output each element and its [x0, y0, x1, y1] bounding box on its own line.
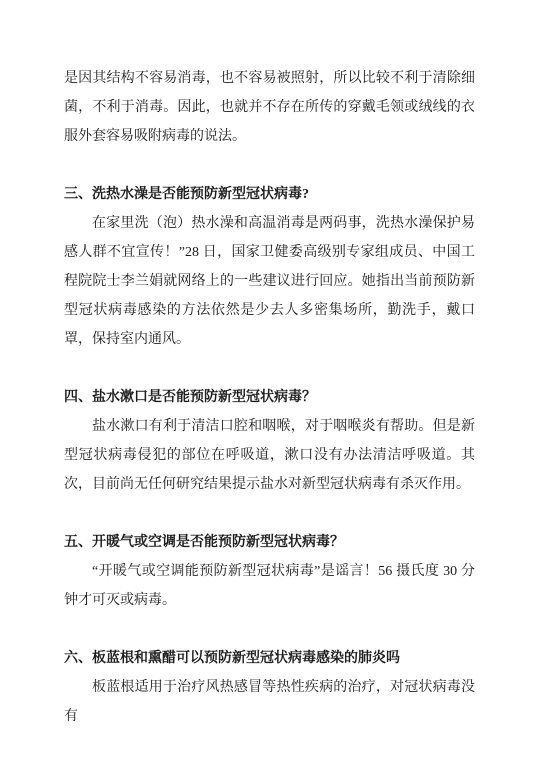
document-page: 是因其结构不容易消毒，也不容易被照射，所以比较不利于清除细菌，不利于消毒。因此，…: [0, 0, 543, 768]
paragraph-section-6-banlangen-vinegar: 板蓝根适用于治疗风热感冒等热性疾病的治疗，对冠状病毒没有: [64, 673, 475, 731]
heading-section-4-saltwater-gargle: 四、盐水漱口是否能预防新型冠状病毒？: [64, 383, 475, 412]
paragraph-section-4-saltwater-gargle: 盐水漱口有利于清洁口腔和咽喉，对于咽喉炎有帮助。但是新型冠状病毒侵犯的部位在呼吸…: [64, 412, 475, 499]
heading-section-5-heating-air-conditioning: 五、开暖气或空调是否能预防新型冠状病毒？: [64, 528, 475, 557]
paragraph-clothing-myth-continued: 是因其结构不容易消毒，也不容易被照射，所以比较不利于清除细菌，不利于消毒。因此，…: [64, 64, 475, 151]
heading-section-3-hot-bath: 三、洗热水澡是否能预防新型冠状病毒?: [64, 180, 475, 209]
heading-section-6-banlangen-vinegar: 六、板蓝根和熏醋可以预防新型冠状病毒感染的肺炎吗: [64, 644, 475, 673]
paragraph-section-5-heating-air-conditioning: “开暖气或空调能预防新型冠状病毒”是谣言！56 摄氏度 30 分钟才可灭或病毒。: [64, 557, 475, 615]
paragraph-section-3-hot-bath: 在家里洗（泡）热水澡和高温消毒是两码事，洗热水澡保护易感人群不宜宣传！”28 日…: [64, 209, 475, 354]
